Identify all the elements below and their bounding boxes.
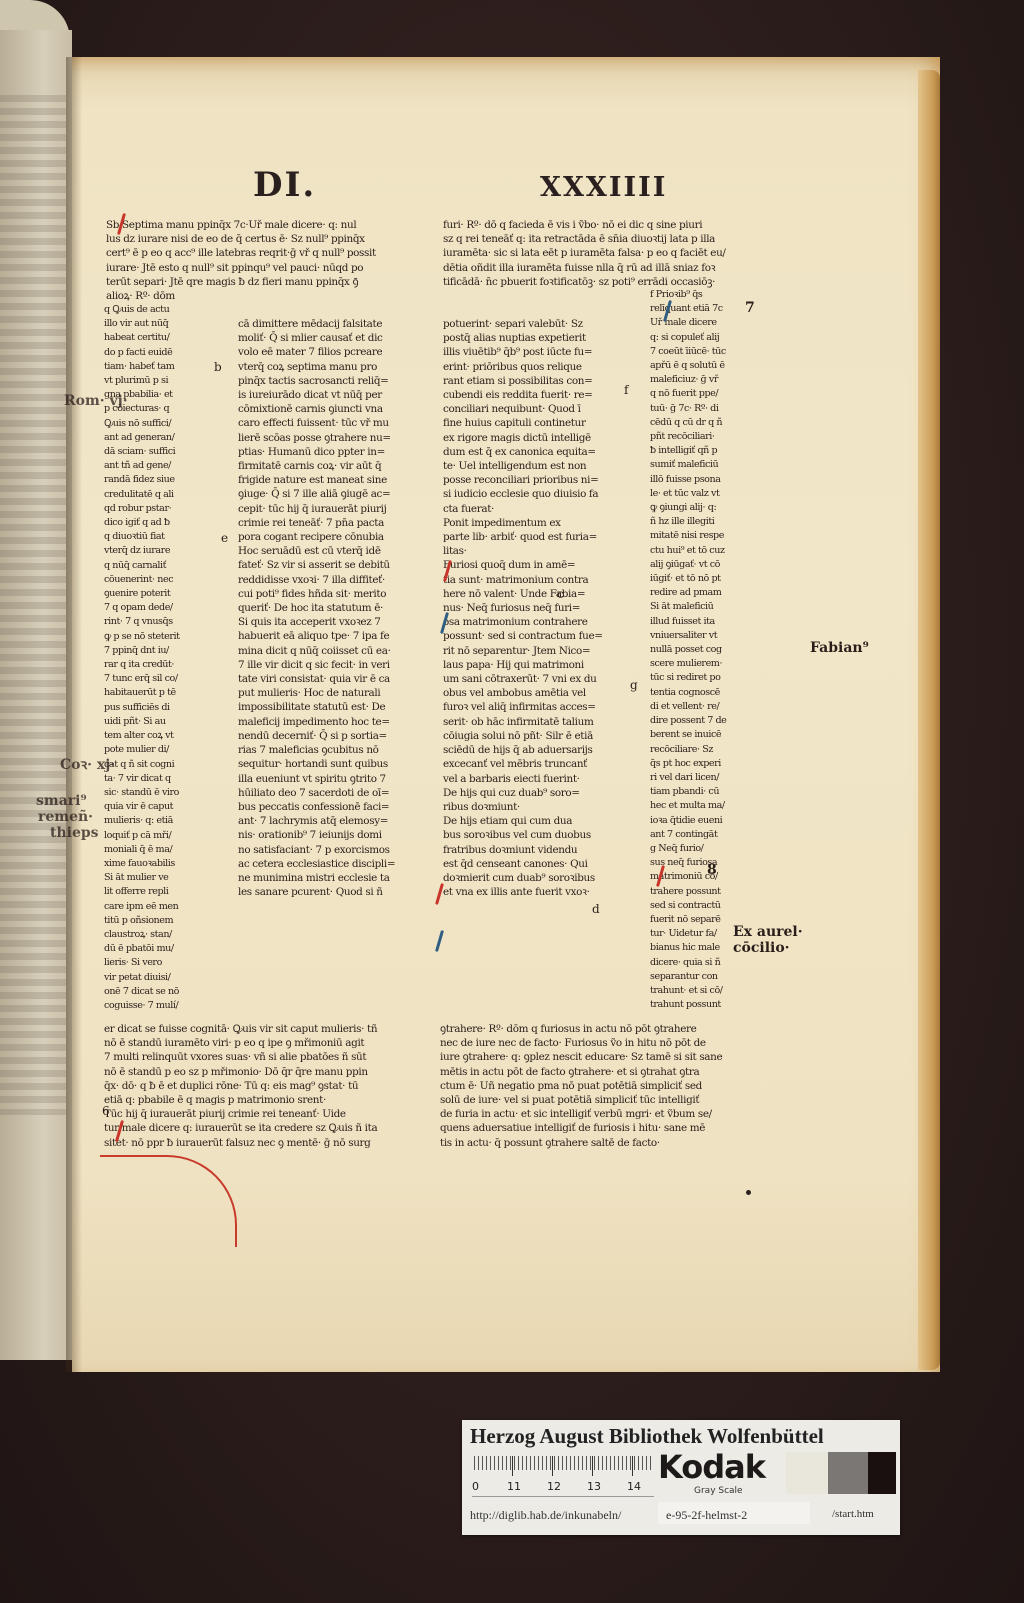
text-line: no satisfaciant· 7 p exorcismos — [238, 843, 395, 857]
gloss-line: Si āt mulier ve — [104, 871, 180, 885]
text-line: dum est q̄ ex canonica equita= — [443, 445, 603, 459]
gloss-line: coguisse· 7 mulí/ — [104, 999, 180, 1013]
gloss-line: tiam pbandi· cū — [650, 785, 726, 799]
folio-heading-right: XXXIIII — [540, 172, 667, 203]
text-line: sz q rei teneāť q: ita retractāda ē sn̄i… — [443, 232, 726, 246]
ruler-label: 14 — [627, 1480, 641, 1493]
gloss-line: berent se inuicē — [650, 728, 726, 742]
right-gloss-column: f Prioꝛib⁹ q̄srelīquant etiā 7cUř male d… — [650, 288, 726, 1012]
measurement-ruler: 0 11 12 13 14 — [472, 1456, 654, 1497]
text-line: ptias· Humanū dico ppter in= — [238, 445, 395, 459]
gloss-line: recōciliare· Sz — [650, 743, 726, 757]
text-line: etiā q: pbabile ē q magis p matrimonio s… — [104, 1093, 377, 1107]
ruler-major-tick — [512, 1456, 513, 1476]
text-line: cta fuerat· — [443, 502, 603, 516]
gloss-line: g Neq̄ furio/ — [650, 842, 726, 856]
gloss-line: pote mulier di/ — [104, 743, 180, 757]
gloss-line: ant ad generan/ — [104, 431, 180, 445]
text-line: nec de iure nec de facto· Furiosus ṽo in… — [440, 1036, 722, 1050]
gloss-line: dico igiť q ad ƀ — [104, 516, 180, 530]
text-line: quens aduersatiue intelligiť de furiosis… — [440, 1121, 722, 1135]
text-line: cert⁹ ē p eo q acc⁹ ille latebras reqrit… — [106, 246, 376, 260]
text-line: here nō valent· Unde Fabia= — [443, 587, 603, 601]
gloss-mark-e: e — [221, 531, 228, 545]
text-line: vterq̄ coꝝ septima manu pro — [238, 360, 395, 374]
text-line: illis viuētib⁹ q̄b⁹ post iūcte fu= — [443, 345, 603, 359]
margin-note-rom: Rom· vj· — [64, 393, 128, 409]
ruler-label: 12 — [547, 1480, 561, 1493]
gray-scale-label: Gray Scale — [694, 1486, 743, 1496]
text-line: cubendi eis reddita fuerit· re= — [443, 388, 603, 402]
gloss-line: cat q ñ sit cogni — [104, 758, 180, 772]
text-line: ac cetera ecclesiastice discipli= — [238, 857, 395, 871]
text-line: cōiugia solui nō pñt· Silr ē etiā — [443, 729, 603, 743]
gloss-line: ƀ intelligiť qñ p — [650, 444, 726, 458]
text-line: mētis in actu pōt de facto ꝯtrahere· et … — [440, 1065, 722, 1079]
text-line: De hijs qui cuz duab⁹ soro= — [443, 786, 603, 800]
gloss-line: ꝙ p se nō steterit — [104, 630, 180, 644]
text-line: put mulieris· Hoc de naturali — [238, 686, 395, 700]
margin-note-fabianus: Fabian⁹ — [810, 640, 869, 656]
text-line: iure ꝯtrahere· q: ꝯplez nescit educare· … — [440, 1050, 722, 1064]
text-line: si iudicio ecclesie quo diuisio fa — [443, 487, 603, 501]
gloss-line: pus sufficiēs di — [104, 701, 180, 715]
text-line: dētia oñdit illa iuramēta fuisse nlla q̄… — [443, 261, 726, 275]
gloss-line: 7 coeūt īiūcē· tūc — [650, 345, 726, 359]
gloss-line: dā sciam· suffici — [104, 445, 180, 459]
text-line: reddidisse vxoꝛi· 7 illa diffiteť· — [238, 573, 395, 587]
text-line: cepit· tūc hij q̄ iurauerāt piurij — [238, 502, 395, 516]
text-line: serit· ob hāc infirmitatē talium — [443, 715, 603, 729]
text-line: rant etiam si possibilitas con= — [443, 374, 603, 388]
text-line: ctum ē· Uñ negatio pma nō puat potētiā s… — [440, 1079, 722, 1093]
text-line: nō ē standū iuramēto viri· p eo q ipe ꝯ … — [104, 1036, 377, 1050]
text-line: Sb Septima manu ppinq̄x 7c·Uř male dicer… — [106, 218, 376, 232]
gloss-line: scere mulierem· — [650, 657, 726, 671]
text-line: Tūc hij q̄ iurauerāt piurij crimie rei t… — [104, 1107, 377, 1121]
gloss-line: tem alter coꝝ vt — [104, 729, 180, 743]
text-line: caro effecti fuissent· tūc vř mu — [238, 416, 395, 430]
text-line: um sani cōtraxerūt· 7 vni ex du — [443, 672, 603, 686]
gloss-line: di et vellent· re/ — [650, 700, 726, 714]
gloss-line: illud fuisset ita — [650, 615, 726, 629]
text-line: bus soroꝛibus vel cum duobus — [443, 828, 603, 842]
ruler-major-tick — [552, 1456, 553, 1476]
text-line: 7 multi relinquūt vxores suas· vñ si ali… — [104, 1050, 377, 1064]
text-line: litas· — [443, 544, 603, 558]
gloss-line: uidi pñt· Si au — [104, 715, 180, 729]
gloss-line: q̄s pt hoc experi — [650, 757, 726, 771]
gloss-line: fuerit nō separē — [650, 913, 726, 927]
gloss-line: mulieris· q: etiā — [104, 814, 180, 828]
gloss-line: loquiť p cā mři/ — [104, 829, 180, 843]
folio-heading-left: DI. — [253, 165, 316, 205]
gloss-line: ctu hui⁹ et tō cuz — [650, 544, 726, 558]
text-line: cōmixtionē carnis ꝯiuncti vna — [238, 402, 395, 416]
gloss-line: moniali q̄ ē ma/ — [104, 843, 180, 857]
gloss-line: qd robur pstar· — [104, 502, 180, 516]
gloss-mark-b: b — [214, 360, 222, 374]
margin-note-cor: Coꝛ· xj· — [60, 755, 115, 774]
gloss-mark-f: f — [624, 383, 628, 397]
gloss-line: do p facti euidē — [104, 346, 180, 360]
text-line: tis in actu· q̄ possunt ꝯtrahere saltē d… — [440, 1136, 722, 1150]
gloss-line: credulitatē q ali — [104, 488, 180, 502]
text-line: obus vel ambobus amētia vel — [443, 686, 603, 700]
gloss-line: iūgiť· et tō nō pt — [650, 572, 726, 586]
text-line: vel a barbaris eiecti fuerint· — [443, 772, 603, 786]
gloss-line: q: si copuleť alij — [650, 331, 726, 345]
text-line: rias 7 maleficias ꝯcubitus nō — [238, 743, 395, 757]
left-main-text: cā dimittere mēdacij falsitatemoliť· Q̄ … — [238, 317, 395, 899]
page-fore-edge — [918, 70, 940, 1370]
gray-swatch-light — [786, 1452, 828, 1494]
text-line: de furia in actu· et sic intelligiť verb… — [440, 1107, 722, 1121]
text-line: moliť· Q̄ si mlier causať et dic — [238, 331, 395, 345]
text-line: pora cogant recipere cōnubia — [238, 530, 395, 544]
text-line: cui poti⁹ fides hñda sit· merito — [238, 587, 395, 601]
text-line: ex rigore magis dictū intelligē — [443, 431, 603, 445]
gloss-line: ant 7 contingāt — [650, 828, 726, 842]
gloss-line: Ꝙuis nō suffici/ — [104, 417, 180, 431]
gloss-line: tentia cognoscē — [650, 686, 726, 700]
gloss-line: q nūq̄ carnaliť — [104, 559, 180, 573]
url-prefix: http://diglib.hab.de/inkunabeln/ — [470, 1508, 621, 1523]
text-line: Hoc seruādū est cū vterq̄ idē — [238, 544, 395, 558]
gloss-line: mitatē nisi respe — [650, 529, 726, 543]
text-line: iuramēta· sic si lata eēt p iuramēta fal… — [443, 246, 726, 260]
gray-swatch-mid — [828, 1452, 868, 1494]
margin-note-smari: smari⁹ — [36, 793, 87, 809]
gloss-line: bianus hic male — [650, 941, 726, 955]
text-line: erint· priōribus quos relique — [443, 360, 603, 374]
text-line: nis· orationib⁹ 7 ieiunijs domi — [238, 828, 395, 842]
gloss-mark-c: c — [557, 587, 564, 601]
library-color-card: Herzog August Bibliothek Wolfenbüttel 0 … — [462, 1420, 900, 1535]
gloss-line: rar q ita credūt· — [104, 658, 180, 672]
ruler-ticks — [474, 1456, 654, 1470]
gloss-line: alij ꝯiūgať· vt cō — [650, 558, 726, 572]
text-line: sequitur· hortandi sunt quibus — [238, 757, 395, 771]
text-line: mina dicit q nūq̄ coiisset cū ea· — [238, 644, 395, 658]
margin-note-8: 8 — [707, 862, 717, 878]
text-line: bus peccatis confessionē faci= — [238, 800, 395, 814]
gloss-line: xime fauoꝛabilis — [104, 857, 180, 871]
gloss-line: cōuenerint· nec — [104, 573, 180, 587]
gloss-line: cēdū q cū dr q ñ — [650, 416, 726, 430]
text-line: fateť· Sz vir si asserit se debitū — [238, 558, 395, 572]
ruler-label: 0 — [472, 1480, 479, 1493]
text-line: frigide nature est maneat sine — [238, 473, 395, 487]
text-line: tur male dicere q: iurauerūt se ita cred… — [104, 1121, 377, 1135]
text-line: is iureiurādo dicat vt nūq̄ per — [238, 388, 395, 402]
gloss-line: trahunt· et si cō/ — [650, 984, 726, 998]
gloss-line: tuū· ḡ 7c· Rº· di — [650, 402, 726, 416]
left-gloss-column: q Ꝙuis de actuillo vir aut nūq̄habeat ce… — [104, 303, 180, 1013]
gloss-line: Uř male dicere — [650, 316, 726, 330]
gloss-line: sed si contractū — [650, 899, 726, 913]
gloss-line: sic· standū ē viro — [104, 786, 180, 800]
text-line: rit nō separentur· Jtem Nico= — [443, 644, 603, 658]
gloss-line: trahunt possunt — [650, 998, 726, 1012]
gloss-line: nullā posset cog — [650, 643, 726, 657]
margin-note-thieps: thieps — [50, 825, 99, 841]
gloss-line: tūc si rediret po — [650, 671, 726, 685]
text-line: laus papa· Hij qui matrimoni — [443, 658, 603, 672]
gloss-line: hec et multa ma/ — [650, 799, 726, 813]
url-identifier: e-95-2f-helmst-2 — [666, 1508, 747, 1523]
gloss-mark-d: d — [592, 902, 600, 916]
text-line: ribus doꝛmiunt· — [443, 800, 603, 814]
text-line: et vna ex illis ante fuerit vxoꝛ· — [443, 885, 603, 899]
gloss-line: q nō fuerit ppe/ — [650, 387, 726, 401]
gloss-line: ioꝛa q̄tidie eueni — [650, 814, 726, 828]
gloss-line: 7 ppinq̄ dnt iu/ — [104, 644, 180, 658]
text-line: queriť· De hoc ita statutum ē· — [238, 601, 395, 615]
text-line: iurare· Jtē esto q null⁹ sit ppinqu⁹ vel… — [106, 261, 376, 275]
text-line: illa eueniunt vt spiritu ꝯtrito 7 — [238, 772, 395, 786]
gloss-line: ri vel dari licen/ — [650, 771, 726, 785]
text-line: firmitatē carnis coꝝ· vir aūt q̄ — [238, 459, 395, 473]
margin-note-ex-aurel: Ex aurel· — [733, 924, 803, 940]
gloss-line: vterq̄ dz iurare — [104, 544, 180, 558]
text-line: er dicat se fuisse cognitā· Ꝙuis vir sit… — [104, 1022, 377, 1036]
text-line: hūiliato deo 7 sacerdoti de oī= — [238, 786, 395, 800]
gloss-line: lit offerre repli — [104, 885, 180, 899]
gloss-line: randā fidez siue — [104, 473, 180, 487]
right-closing-paragraph: ꝯtrahere· Rº· dōm q furiosus in actu nō … — [440, 1022, 722, 1150]
gloss-line: separantur con — [650, 970, 726, 984]
library-name: Herzog August Bibliothek Wolfenbüttel — [470, 1424, 824, 1449]
text-line: ne munimina mistri ecclesie ta — [238, 871, 395, 885]
gloss-line: vir petat diuisi/ — [104, 971, 180, 985]
gloss-line: maleficiuz· ḡ vř — [650, 373, 726, 387]
text-line: posse reconciliari prioribus ni= — [443, 473, 603, 487]
ink-spot — [746, 1190, 751, 1195]
text-line: conciliari nequibunt· Quod ī — [443, 402, 603, 416]
gloss-line: vniuersaliter vt — [650, 629, 726, 643]
text-line: postq̄ alias nuptias expetierit — [443, 331, 603, 345]
text-line: lierē scōas posse ꝯtrahere nu= — [238, 431, 395, 445]
text-line: crimie rei teneāť· 7 pn̄a pacta — [238, 516, 395, 530]
text-line: possunt· sed si contractum fue= — [443, 629, 603, 643]
text-line: ꝯtrahere· Rº· dōm q furiosus in actu nō … — [440, 1022, 722, 1036]
text-line: Si quis ita acceperit vxoꝛez 7 — [238, 615, 395, 629]
gloss-line: ñ hz ille illegiti — [650, 515, 726, 529]
gloss-line: redire ad pmam — [650, 586, 726, 600]
text-line: furoꝛ vel aliq̄ infirmitas acces= — [443, 700, 603, 714]
gloss-line: relīquant etiā 7c — [650, 302, 726, 316]
text-line: nendū decerniť· Q̄ si p sortia= — [238, 729, 395, 743]
text-line: doꝛmierit cum duab⁹ soroꝛibus — [443, 871, 603, 885]
text-line: q̄x· dō· q ƀ ē et duplici rōne· Tū q: ei… — [104, 1079, 377, 1093]
gloss-line: 7 q opam dede/ — [104, 601, 180, 615]
gloss-line: Si āt maleficiū — [650, 600, 726, 614]
url-suffix: /start.htm — [832, 1508, 874, 1520]
text-line: osa matrimonium contrahere — [443, 615, 603, 629]
gloss-line: ꝙ ꝯiungi alij· q: — [650, 501, 726, 515]
text-line: est q̄d censeant canones· Qui — [443, 857, 603, 871]
text-line: alioꝝ· Rº· dōm — [106, 289, 376, 303]
gloss-line: dū ē pbatōi mu/ — [104, 942, 180, 956]
text-line: habuerit eā aliquo tpe· 7 ipa fe — [238, 629, 395, 643]
text-line: 7 ille vir dicit q sic fecit· in veri — [238, 658, 395, 672]
gloss-line: f Prioꝛib⁹ q̄s — [650, 288, 726, 302]
text-line: lus dz iurare nisi de eo de q̄ certus ē·… — [106, 232, 376, 246]
text-line: les sanare pcurent· Quod si ñ — [238, 885, 395, 899]
text-line: nus· Neq̄ furiosus neq̄ furi= — [443, 601, 603, 615]
gloss-line: apřū ē q solutū ē — [650, 359, 726, 373]
text-line: sciēdū de hijs q̄ ab aduersarijs — [443, 743, 603, 757]
right-main-text: potuerint· separi valebūt· Szpostq̄ alia… — [443, 317, 603, 899]
text-line: pinq̄x tactis sacrosancti reliq̄= — [238, 374, 395, 388]
text-line: te· Uel intelligendum est non — [443, 459, 603, 473]
gloss-line: sumiť maleficiū — [650, 458, 726, 472]
gloss-line: care ipm eē men — [104, 900, 180, 914]
text-line: sitet· nō ppr ƀ iurauerūt falsuz nec ꝯ m… — [104, 1136, 377, 1150]
text-line: tificādā· n̄c pbuerit foꝛtificatōꝫ· sz p… — [443, 275, 726, 289]
ruler-label: 13 — [587, 1480, 601, 1493]
gloss-line: ant tñ ad gene/ — [104, 459, 180, 473]
text-line: fine huius capituli continetur — [443, 416, 603, 430]
text-line: furi· Rº· dō q facieda ē vis i ṽbo· nō e… — [443, 218, 726, 232]
gloss-line: onē 7 dicat se nō — [104, 985, 180, 999]
right-opening-paragraph: furi· Rº· dō q facieda ē vis i ṽbo· nō e… — [443, 218, 726, 289]
text-line: volo eē mater 7 filios pcreare — [238, 345, 395, 359]
gloss-line: illō fuisse psona — [650, 473, 726, 487]
margin-note-remen: remeñ· — [38, 809, 93, 825]
gloss-line: ta· 7 vir dicat q — [104, 772, 180, 786]
gloss-line: titū p oñsionem — [104, 914, 180, 928]
gloss-line: habitauerūt p tē — [104, 686, 180, 700]
text-line: ꝯiuge· Q̄ si 7 ille aliā ꝯiugē ac= — [238, 487, 395, 501]
margin-note-concilio: cōcilio· — [733, 940, 790, 956]
gloss-line: pñt recōciliari· — [650, 430, 726, 444]
gloss-line: claustroꝝ· stan/ — [104, 928, 180, 942]
previous-leaf-text-bleed — [0, 95, 66, 1115]
ruler-major-tick — [592, 1456, 593, 1476]
gloss-line: rint· 7 q vnusq̄s — [104, 615, 180, 629]
gloss-line: 7 tunc erq̄ sil co/ — [104, 672, 180, 686]
left-opening-paragraph: Sb Septima manu ppinq̄x 7c·Uř male dicer… — [106, 218, 376, 303]
text-line: cā dimittere mēdacij falsitate — [238, 317, 395, 331]
text-line: De hijs etiam qui cum dua — [443, 814, 603, 828]
kodak-logo: Kodak — [658, 1448, 765, 1486]
text-line: tate viri consistat· quia vir ē ca — [238, 672, 395, 686]
gloss-line: lieris· Si vero — [104, 956, 180, 970]
text-line: Furiosi quoq̄ dum in amē= — [443, 558, 603, 572]
gloss-line: ꝯuenire poterit — [104, 587, 180, 601]
left-closing-paragraph: er dicat se fuisse cognitā· Ꝙuis vir sit… — [104, 1022, 377, 1150]
text-line: parte lib· arbiť· quod est furia= — [443, 530, 603, 544]
gloss-line: tur· Uidetur fa/ — [650, 927, 726, 941]
gloss-line: q diuoꝛtiū fiat — [104, 530, 180, 544]
gloss-line: tiam· habeť tam — [104, 360, 180, 374]
gloss-line: illo vir aut nūq̄ — [104, 317, 180, 331]
text-line: terūt separi· Jtē qre magis ƀ dz fieri m… — [106, 275, 376, 289]
gutter-shadow — [66, 57, 82, 1372]
gray-swatch-dark — [868, 1452, 896, 1494]
gloss-line: dire possent 7 de — [650, 714, 726, 728]
text-line: ant· 7 lachrymis atq̄ elemosy= — [238, 814, 395, 828]
text-line: excecanť vel mēbris truncanť — [443, 757, 603, 771]
ruler-major-tick — [632, 1456, 633, 1476]
text-line: fratribus doꝛmiunt videndu — [443, 843, 603, 857]
text-line: impossibilitate statutū est· De — [238, 700, 395, 714]
gloss-line: trahere possunt — [650, 885, 726, 899]
text-line: solū de iure· vel si puat potētiā simpli… — [440, 1093, 722, 1107]
gloss-line: q Ꝙuis de actu — [104, 303, 180, 317]
ruler-label: 11 — [507, 1480, 521, 1493]
text-line: nō ē standū p eo sz p mřimonio· Dō q̄r q… — [104, 1065, 377, 1079]
gloss-mark-g: g — [630, 678, 638, 692]
gloss-mark-6: 6 — [102, 1104, 110, 1118]
gloss-line: quia vir ē caput — [104, 800, 180, 814]
text-line: maleficij impedimento hoc te= — [238, 715, 395, 729]
text-line: potuerint· separi valebūt· Sz — [443, 317, 603, 331]
gloss-line: vt plurimū p si — [104, 374, 180, 388]
gloss-line: dicere· quia si ñ — [650, 956, 726, 970]
gloss-line: habeat certitu/ — [104, 331, 180, 345]
margin-note-7: 7 — [745, 300, 755, 316]
gloss-line: le· et tūc valz vt — [650, 487, 726, 501]
text-line: tia sunt· matrimonium contra — [443, 573, 603, 587]
text-line: Ponit impedimentum ex — [443, 516, 603, 530]
